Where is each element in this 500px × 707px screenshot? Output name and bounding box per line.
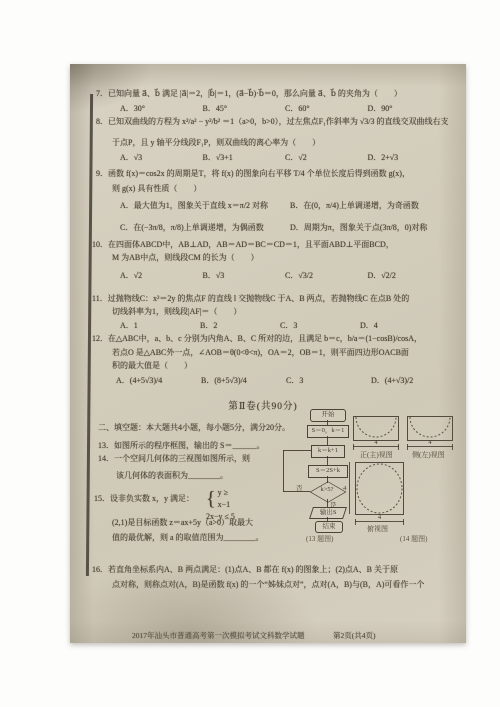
flowchart-connector [327,499,328,507]
option-11b: B．2 [200,320,280,331]
flowchart-end: 结束 [315,521,343,533]
question-11-line1: 11．过抛物线C：x²＝2y 的焦点F 的直线 l 交抛物线C 于A、B 两点，… [92,293,409,304]
question-12-line3: 积的最大值是（ ） [112,360,192,371]
option-10d: D．√2/2 [368,270,451,281]
question-14-line1: 14．一个空间几何体的三视图如图所示，则 [98,453,250,464]
flowchart-connector [327,436,328,445]
question-13-text: 13．如图所示的程序框图，输出的 S＝______。 [98,440,264,451]
top-view-dim-label: 4 [355,514,404,521]
question-11-options: A．1 B．2 C．3 D．4 [120,320,440,331]
question-15-line3: 值的最优解，则 a 的取值范围为________。 [112,532,264,543]
front-view-label: 正(主)视图 [360,450,393,460]
flowchart-decision: k>5? [310,483,344,499]
question-10-line1: 10．在四面体ABCD中，AB⊥AD，AB＝AD＝BC＝CD＝1，且平面ABD⊥… [92,239,394,250]
top-view-dimension-v: 4 [349,462,350,514]
question-14-line2: 该几何体的表面积为________。 [116,470,228,481]
option-8a: A．√3 [120,152,203,163]
flowchart-output: 输出S [309,507,347,519]
option-12b: B．(8+5√3)/4 [201,375,286,386]
top-view-dimension: 4 [355,521,404,522]
option-10b: B．√3 [203,270,286,281]
option-12a: A．(4+5√3)/4 [116,375,201,386]
photo-of-exam-page: 7．已知向量 a⃗、b⃗ 满足 |a⃗|＝2，|b⃗|＝1，(a⃗−b⃗)·b⃗… [0,0,500,707]
option-9c: C．在(−3π/8，π/8)上单调递增，为偶函数 [120,222,290,233]
decision-label: k>5? [310,486,344,493]
flowchart-start: 开始 [310,409,346,422]
option-8c: C．√2 [285,152,368,163]
front-view-dim-label: 4 [353,439,399,446]
question-8-line2: 于点P，且 y 轴平分线段F₁P，则双曲线的离心率为（ ） [112,137,320,148]
option-9d: D．周期为π，图象关于点(3π/8，0)对称 [290,222,460,233]
question-9-options-cd: C．在(−3π/8，π/8)上单调递增，为偶函数 D．周期为π，图象关于点(3π… [120,222,460,233]
top-view-dim-v-label: 4 [343,485,346,492]
question-10-line2: M 为AB中点，则线段CM 的长为（ ） [112,252,259,263]
flowchart-output-label: 输出S [320,510,337,517]
question-15-lead: 15．设非负实数 x，y 满足： [94,493,194,504]
flowchart-loop-line [283,450,284,492]
flowchart-loop-line [283,450,311,451]
question-16-line1: 16．若直角坐标系内A、B 两点满足：(1)点A、B 都在 f(x) 的图象上；… [92,564,398,575]
option-7b: B．45° [203,103,286,114]
side-view-dim-label: 4 [407,439,453,446]
option-9a: A．最大值为1，图象关于直线 x＝π/2 对称 [120,200,290,211]
flowchart-caption: (13 题图) [306,534,333,544]
option-12c: C．3 [286,375,371,386]
option-7a: A．30° [120,103,203,114]
flowchart-init: S＝0，k＝1 [307,425,349,438]
top-view-drawing [355,462,405,516]
question-16-line2: 点对称，则称点对(A，B)是函数 f(x) 的一个“姊妹点对”，点对(A，B)与… [112,579,424,590]
question-9-line1: 9．函数 f(x)＝cos2x 的周期是T，将 f(x) 的图象向右平移 T/4… [96,168,410,179]
section-2-title: 第Ⅱ卷(共90分) [113,402,413,413]
option-9b: B．在(0，π/4)上单调递增，为奇函数 [290,200,460,211]
question-12-options: A．(4+5√3)/4 B．(8+5√3)/4 C．3 D．(4+√3)/2 [116,375,456,386]
question-12-line2: 若点O 是△ABC外一点，∠AOB＝θ(0<θ<π)，OA＝2，OB＝1，则平面… [112,347,409,358]
question-10-options: A．√2 B．√3 C．√3/2 D．√2/2 [120,270,450,281]
flowchart-loop-line [283,491,310,492]
question-9-options-ab: A．最大值为1，图象关于直线 x＝π/2 对称 B．在(0，π/4)上单调递增，… [120,200,460,211]
question-8-line1: 8．已知双曲线的方程为 x²/a² − y²/b² ＝1（a>0，b>0），过左… [96,116,449,127]
question-15-line2: (2,1)是目标函数 z＝ax+5y（a>0）取最大 [112,517,253,528]
option-11a: A．1 [120,320,200,331]
flowchart-connector [327,456,328,465]
flowchart-step-k: k＝k+1 [311,445,345,458]
option-8d: D．2+√3 [368,152,451,163]
side-view-dimension: 4 [407,446,453,447]
top-view-label: 俯视图 [367,524,388,534]
option-7d: D．90° [368,103,451,114]
option-10c: C．√3/2 [285,270,368,281]
question-8-options: A．√3 B．√3+1 C．√2 D．2+√3 [120,152,450,163]
option-11c: C．3 [280,320,360,331]
question-12-line1: 12．在△ABC中，a、b、c 分别为内角A、B、C 所对的边，且满足 b＝c，… [92,333,422,344]
flowchart-step-s: S＝2S+k [308,465,348,478]
exam-paper: 7．已知向量 a⃗、b⃗ 满足 |a⃗|＝2，|b⃗|＝1，(a⃗−b⃗)·b⃗… [70,64,466,643]
option-12d: D．(4+√3)/2 [371,375,456,386]
system-brace: { [206,487,216,511]
option-7c: C．60° [285,103,368,114]
footer-page-number: 第2页(共4页) [333,630,376,641]
question-7-text: 7．已知向量 a⃗、b⃗ 满足 |a⃗|＝2，|b⃗|＝1，(a⃗−b⃗)·b⃗… [96,88,402,99]
fill-in-header: 二、填空题：本大题共4小题，每小题5分，满分20分。 [98,422,290,433]
question-9-line2: 则 g(x) 具有性质（ ） [112,183,201,194]
option-8b: B．√3+1 [203,152,286,163]
question-7-options: A．30° B．45° C．60° D．90° [120,103,450,114]
views-caption: (14 题图) [400,534,427,544]
side-view-label: 侧(左)视图 [412,450,445,460]
option-10a: A．√2 [120,270,203,281]
front-view-dimension: 4 [353,446,399,447]
top-view-shape [355,462,405,516]
footer-title: 2017年汕头市普通高考第一次模拟考试文科数学试题 [132,630,305,641]
question-11-line2: 切线斜率为1，则线段|AF|＝（ ） [112,306,241,317]
option-11d: D．4 [360,320,440,331]
